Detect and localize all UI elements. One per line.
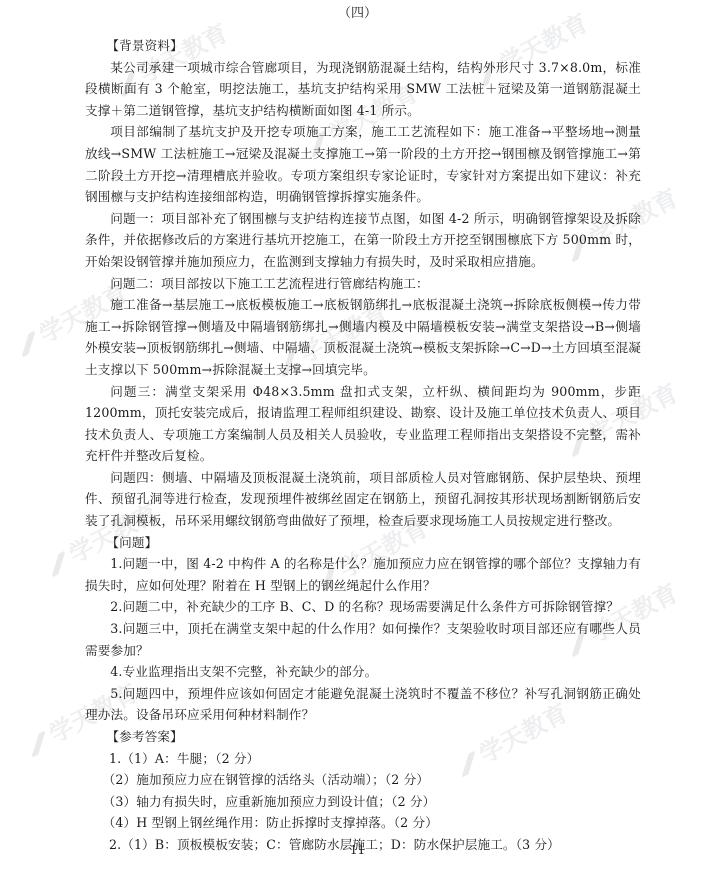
issue-one-paragraph: 问题一：项目部补充了钢围檩与支护结构连接节点图，如图 4-2 所示，明确钢管撑架… bbox=[85, 208, 641, 273]
answer-item: （4）H 型钢上钢丝绳作用：防止拆撑时支撑掉落。（2 分） bbox=[85, 812, 641, 834]
issue-two-paragraph: 问题二：项目部按以下施工工艺流程进行管廊结构施工： bbox=[85, 273, 641, 295]
answer-item: （2）施加预应力应在钢管撑的活络头（活动端）；（2 分） bbox=[85, 769, 641, 791]
watermark-logo-icon bbox=[15, 331, 43, 357]
question-item: 1.问题一中，图 4-2 中构件 A 的名称是什么？施加预应力应在钢管撑的哪个部… bbox=[85, 553, 641, 596]
page-number: 11 bbox=[0, 843, 715, 857]
background-paragraph: 项目部编制了基坑支护及开挖专项施工方案，施工工艺流程如下：施工准备→平整场地→测… bbox=[85, 121, 641, 207]
background-heading: 【背景资料】 bbox=[85, 35, 641, 57]
questions-heading: 【问题】 bbox=[85, 532, 641, 554]
question-item: 2.问题二中，补充缺少的工序 B、C、D 的名称？现场需要满足什么条件方可拆除钢… bbox=[85, 596, 641, 618]
document-page: 学天教育 学天教育 学天教育 学天教育 学天教育 学天教育 学天教育 学天教育 … bbox=[0, 0, 715, 883]
document-body: 【背景资料】 某公司承建一项城市综合管廊项目，为现浇钢筋混凝土结构，结构外形尺寸… bbox=[85, 35, 641, 856]
section-title: （四） bbox=[0, 2, 715, 21]
issue-four-paragraph: 问题四：侧墙、中隔墙及顶板混凝土浇筑前，项目部质检人员对管廊钢筋、保护层垫块、预… bbox=[85, 467, 641, 532]
watermark-logo-icon bbox=[25, 731, 53, 757]
question-item: 3.问题三中，顶托在满堂支架中起的什么作用？如何操作？支架验收时项目部还应有哪些… bbox=[85, 618, 641, 661]
issue-three-paragraph: 问题三：满堂支架采用 Φ48×3.5mm 盘扣式支架，立杆纵、横间距均为 900… bbox=[85, 381, 641, 467]
process-flow-paragraph: 施工准备→基层施工→底板模板施工→底板钢筋绑扎→底板混凝土浇筑→拆除底板侧模→传… bbox=[85, 294, 641, 380]
watermark-logo-icon bbox=[45, 551, 73, 577]
answer-item: 1.（1）A：牛腿；（2 分） bbox=[85, 748, 641, 770]
answers-heading: 【参考答案】 bbox=[85, 726, 641, 748]
answer-item: （3）轴力有损失时，应重新施加预应力到设计值；（2 分） bbox=[85, 791, 641, 813]
question-item: 5.问题四中，预埋件应该如何固定才能避免混凝土浇筑时不覆盖不移位？补写孔洞钢筋正… bbox=[85, 683, 641, 726]
question-item: 4.专业监理指出支架不完整，补充缺少的部分。 bbox=[85, 661, 641, 683]
background-paragraph: 某公司承建一项城市综合管廊项目，为现浇钢筋混凝土结构，结构外形尺寸 3.7×8.… bbox=[85, 57, 641, 122]
